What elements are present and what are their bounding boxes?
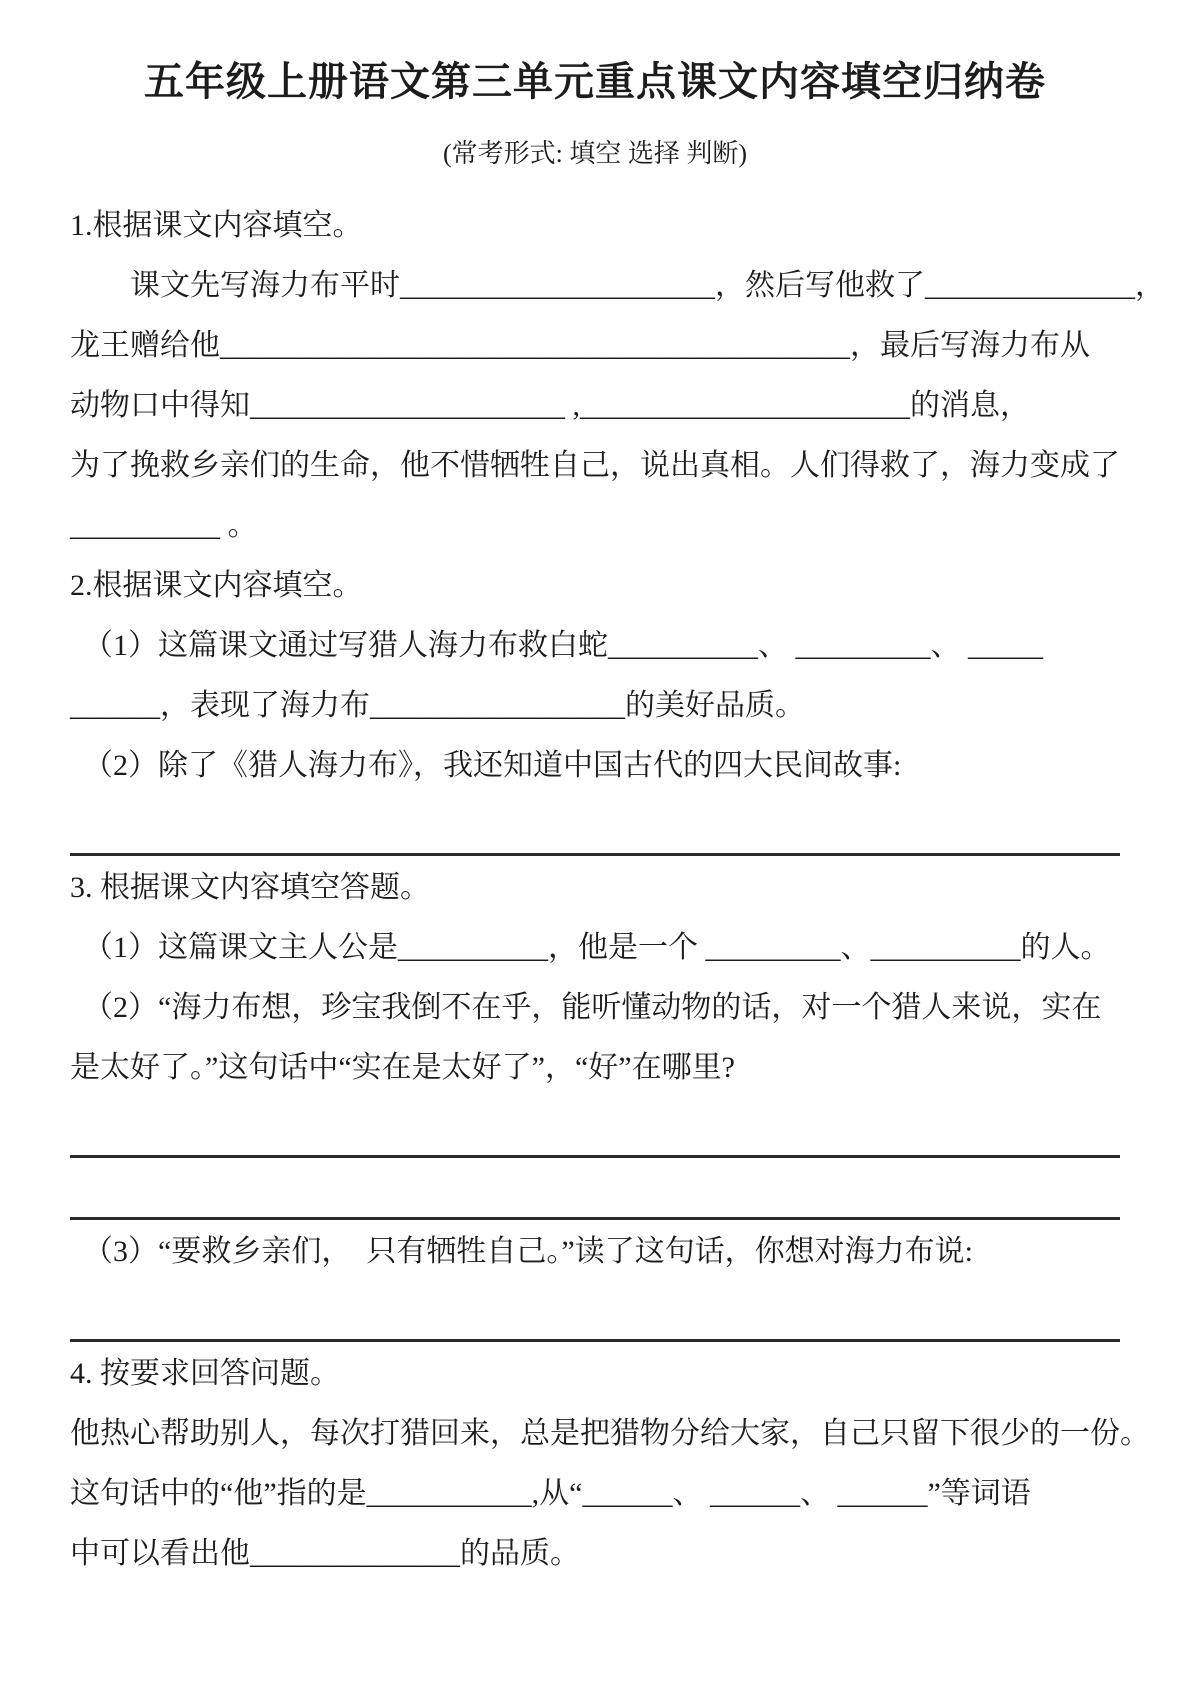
question-4-line-1: 他热心帮助别人，每次打猎回来，总是把猎物分给大家，自己只留下很少的一份。 — [70, 1404, 1120, 1464]
question-2-item-1-line-1: （1）这篇课文通过写猎人海力布救白蛇__________、 _________、… — [70, 616, 1120, 676]
answer-line — [70, 1282, 1120, 1342]
worksheet-page: 五年级上册语文第三单元重点课文内容填空归纳卷 (常考形式: 填空 选择 判断) … — [0, 0, 1191, 1684]
question-2-header: 2.根据课文内容填空。 — [70, 556, 1120, 616]
question-4-line-3: 中可以看出他______________的品质。 — [70, 1524, 1120, 1584]
question-1-line-2: 龙王赠给他___________________________________… — [70, 316, 1120, 376]
question-3-item-1: （1）这篇课文主人公是__________，他是一个 _________、___… — [70, 918, 1120, 978]
question-1-line-1: 课文先写海力布平时_____________________，然后写他救了___… — [70, 256, 1120, 316]
page-subtitle: (常考形式: 填空 选择 判断) — [70, 138, 1120, 170]
page-title: 五年级上册语文第三单元重点课文内容填空归纳卷 — [70, 56, 1120, 108]
question-3: 3. 根据课文内容填空答题。 （1）这篇课文主人公是__________，他是一… — [70, 858, 1120, 1342]
question-4-header: 4. 按要求回答问题。 — [70, 1344, 1120, 1404]
question-1: 1.根据课文内容填空。 课文先写海力布平时___________________… — [70, 196, 1120, 556]
question-2-item-1-line-2: ______，表现了海力布_________________的美好品质。 — [70, 676, 1120, 736]
question-1-header: 1.根据课文内容填空。 — [70, 196, 1120, 256]
question-3-item-3: （3）“要救乡亲们， 只有牺牲自己。”读了这句话，你想对海力布说: — [70, 1222, 1120, 1282]
question-2: 2.根据课文内容填空。 （1）这篇课文通过写猎人海力布救白蛇__________… — [70, 556, 1120, 856]
answer-line — [70, 1098, 1120, 1158]
question-1-line-3: 动物口中得知_____________________ ,___________… — [70, 376, 1120, 436]
question-3-item-2-line-1: （2）“海力布想，珍宝我倒不在乎，能听懂动物的话，对一个猎人来说，实在 — [70, 978, 1120, 1038]
question-4: 4. 按要求回答问题。 他热心帮助别人，每次打猎回来，总是把猎物分给大家，自己只… — [70, 1344, 1120, 1584]
worksheet-body: 1.根据课文内容填空。 课文先写海力布平时___________________… — [70, 196, 1120, 1584]
question-1-line-5: __________ 。 — [70, 496, 1120, 556]
question-2-item-2: （2）除了《猎人海力布》，我还知道中国古代的四大民间故事: — [70, 736, 1120, 796]
answer-line — [70, 1160, 1120, 1220]
question-3-header: 3. 根据课文内容填空答题。 — [70, 858, 1120, 918]
question-3-item-2-line-2: 是太好了。”这句话中“实在是太好了”，“好”在哪里? — [70, 1038, 1120, 1098]
question-4-line-2: 这句话中的“他”指的是___________,从“______、 ______、… — [70, 1464, 1120, 1524]
answer-line — [70, 796, 1120, 856]
question-1-line-4: 为了挽救乡亲们的生命，他不惜牺牲自己，说出真相。人们得救了，海力变成了 — [70, 436, 1120, 496]
